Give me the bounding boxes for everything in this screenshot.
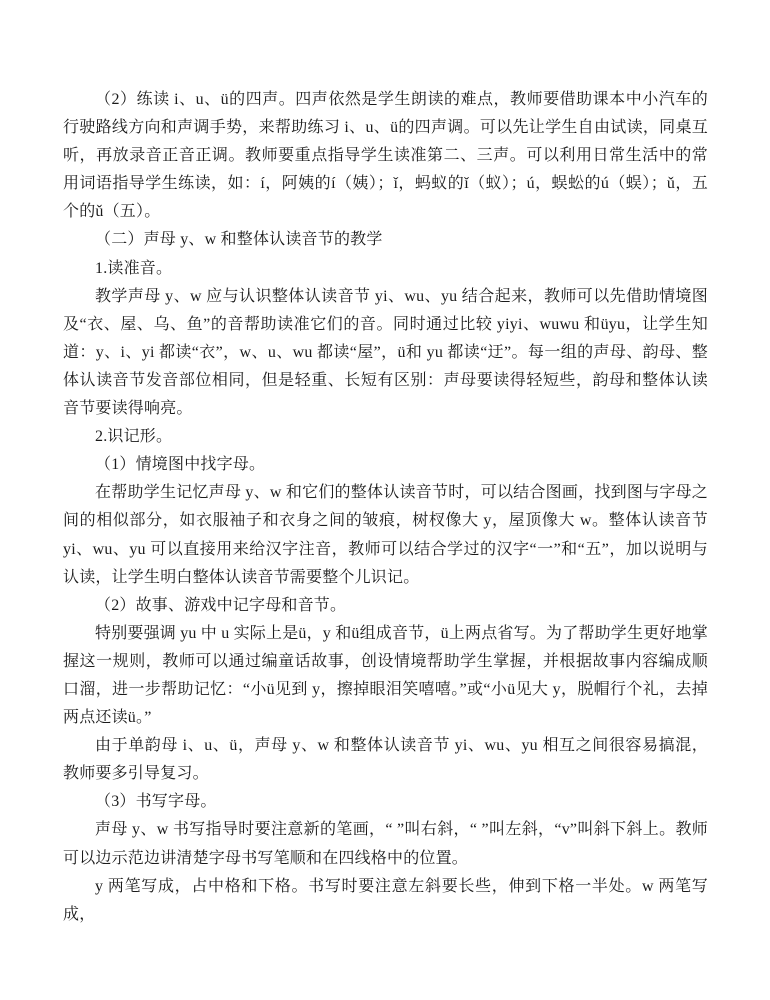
paragraph: 特别要强调 yu 中 u 实际上是ü，y 和ü组成音节，ü上两点省写。为了帮助学… <box>63 620 708 732</box>
paragraph: 教学声母 y、w 应与认识整体认读音节 yi、wu、yu 结合起来，教师可以先借… <box>63 283 708 423</box>
paragraph: y 两笔写成，占中格和下格。书写时要注意左斜要长些，伸到下格一半处。w 两笔写成… <box>63 873 708 929</box>
paragraph: 在帮助学生记忆声母 y、w 和它们的整体认读音节时，可以结合图画，找到图与字母之… <box>63 479 708 591</box>
paragraph: （二）声母 y、w 和整体认读音节的教学 <box>63 226 708 254</box>
paragraph: （2）练读 i、u、ü的四声。四声依然是学生朗读的难点，教师要借助课本中小汽车的… <box>63 86 708 226</box>
document-page: （2）练读 i、u、ü的四声。四声依然是学生朗读的难点，教师要借助课本中小汽车的… <box>0 0 770 1000</box>
paragraph: （2）故事、游戏中记字母和音节。 <box>63 592 708 620</box>
paragraph: 2.识记形。 <box>63 423 708 451</box>
paragraph: 1.读准音。 <box>63 255 708 283</box>
document-body: （2）练读 i、u、ü的四声。四声依然是学生朗读的难点，教师要借助课本中小汽车的… <box>63 86 708 929</box>
paragraph: 由于单韵母 i、u、ü，声母 y、w 和整体认读音节 yi、wu、yu 相互之间… <box>63 732 708 788</box>
paragraph: 声母 y、w 书写指导时要注意新的笔画，“ ”叫右斜，“ ”叫左斜，“v”叫斜下… <box>63 816 708 872</box>
paragraph: （3）书写字母。 <box>63 788 708 816</box>
paragraph: （1）情境图中找字母。 <box>63 451 708 479</box>
